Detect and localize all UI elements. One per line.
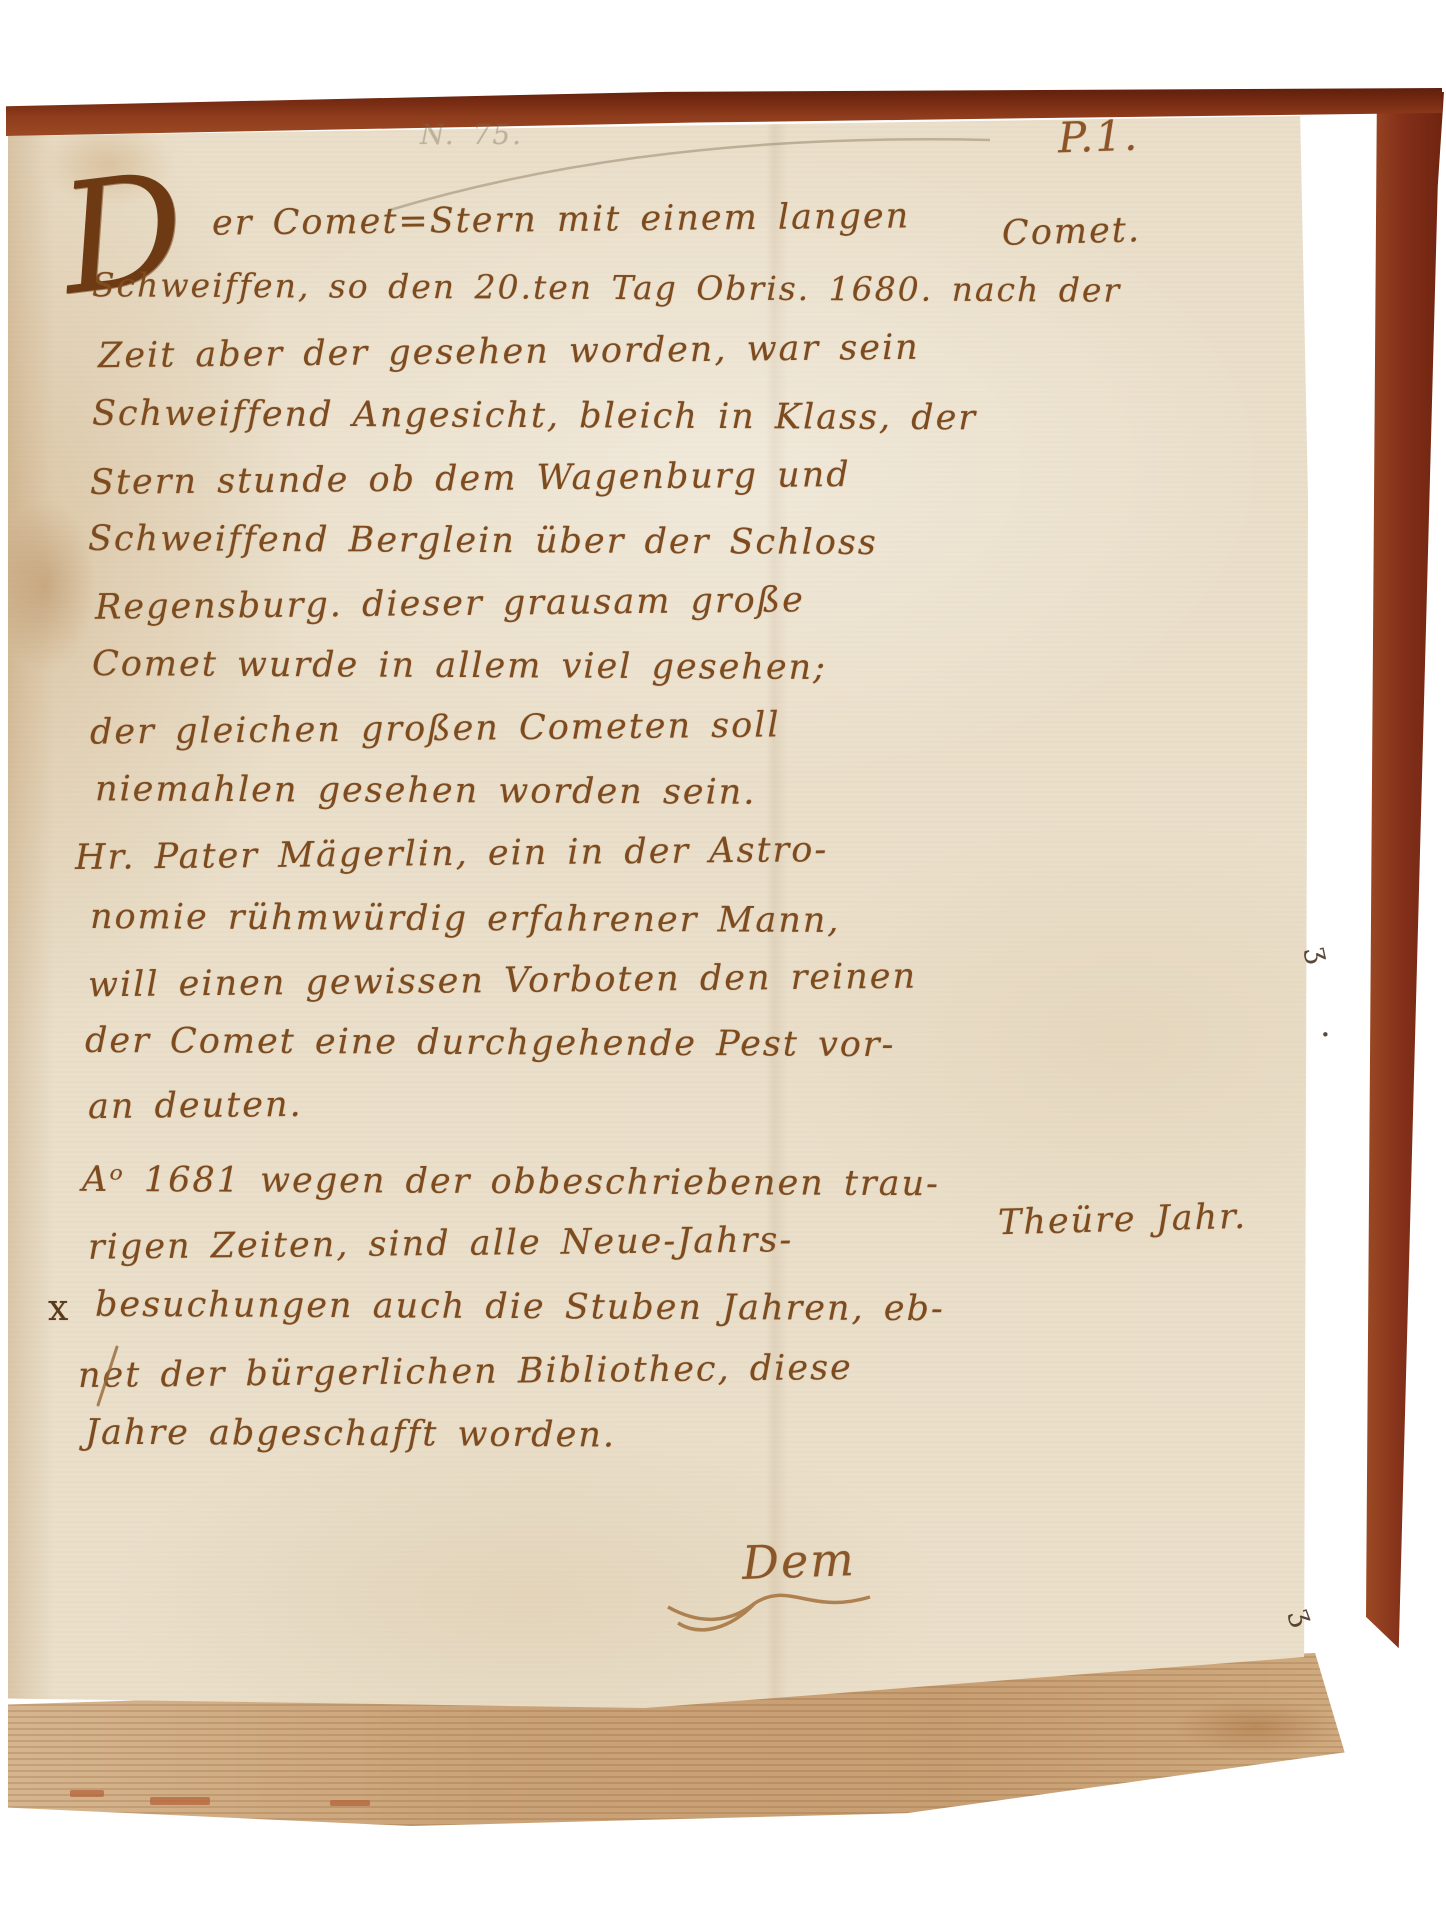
text-line: der Comet eine durchgehende Pest vor- — [85, 1021, 896, 1065]
marginalia-theure-jahr: Theüre Jahr. — [998, 1197, 1248, 1244]
text-line: Jahre abgeschafft worden. — [85, 1413, 616, 1456]
text-line: Hr. Pater Mägerlin, ein in der Astro- — [75, 830, 829, 878]
marginalia-comet: Comet. — [1002, 210, 1142, 254]
text-line: Schweiffend Berglein über der Schloss — [88, 519, 878, 563]
margin-cross-mark: x — [48, 1288, 70, 1329]
text-line: der gleichen großen Cometen soll — [90, 705, 781, 752]
catchword: Dem — [741, 1532, 857, 1590]
page-number: P.1. — [1057, 111, 1140, 163]
text-line: niemahlen gesehen worden sein. — [95, 769, 757, 812]
text-line: Aᵒ 1681 wegen der obbeschriebenen trau- — [82, 1160, 940, 1204]
text-line: net der bürgerlichen Bibliothec, diese — [78, 1348, 853, 1396]
paper-speck — [330, 1800, 370, 1806]
text-line: besuchungen auch die Stuben Jahren, eb- — [95, 1285, 945, 1329]
text-line: rigen Zeiten, sind alle Neue-Jahrs- — [88, 1220, 794, 1267]
manuscript-photo: N. 75. P.1. D Comet. Theüre Jahr. er Com… — [0, 0, 1446, 1920]
text-line: Schweiffend Angesicht, bleich in Klass, … — [92, 394, 977, 439]
text-line: an deuten. — [88, 1085, 303, 1127]
text-line: Regensburg. dieser grausam große — [95, 580, 805, 627]
paper-speck — [150, 1797, 210, 1805]
text-line: nomie rühmwürdig erfahrener Mann, — [90, 897, 841, 941]
text-line: Schweiffen, so den 20.ten Tag Obris. 168… — [92, 265, 1121, 309]
text-line: er Comet=Stern mit einem langen — [212, 196, 911, 243]
paper-speck — [70, 1790, 104, 1797]
text-line: Stern stunde ob dem Wagenburg und — [90, 455, 851, 503]
text-line: Comet wurde in allem viel gesehen; — [92, 644, 827, 688]
fore-edge-ink-mark: · — [1320, 1015, 1331, 1055]
